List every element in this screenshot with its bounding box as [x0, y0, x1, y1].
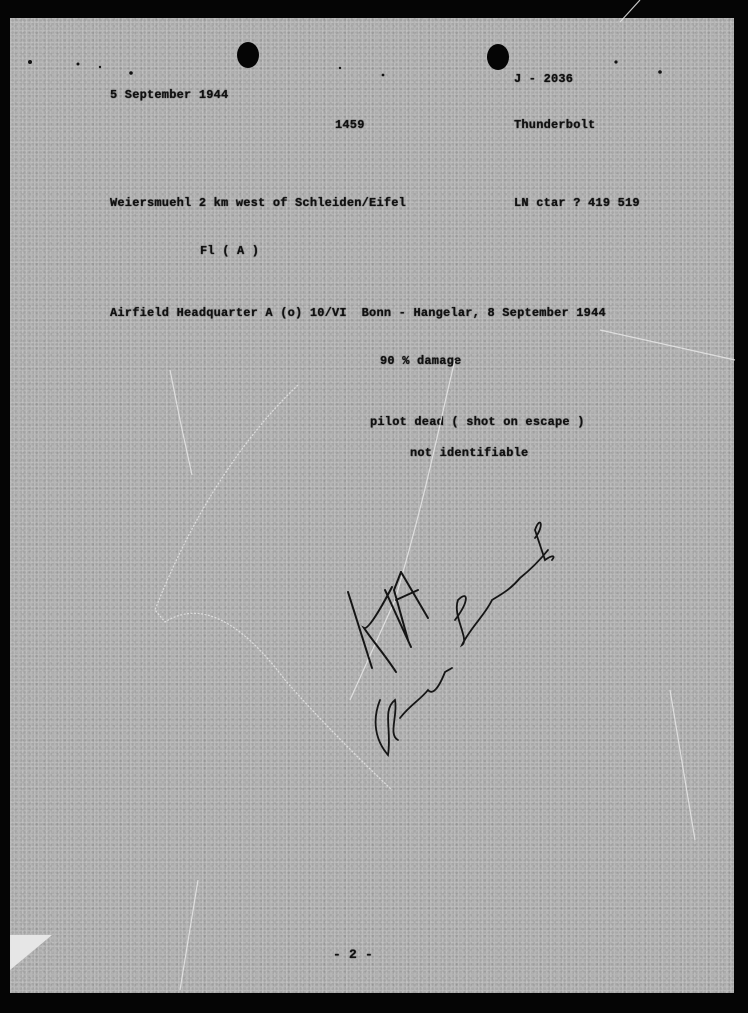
- handwritten-pilot-name: [376, 522, 554, 755]
- handwritten-kia-mark: [348, 572, 428, 672]
- dust-specks: [28, 60, 662, 76]
- film-scratches: [155, 0, 735, 990]
- scan-artifacts-and-handwriting: [0, 0, 748, 1013]
